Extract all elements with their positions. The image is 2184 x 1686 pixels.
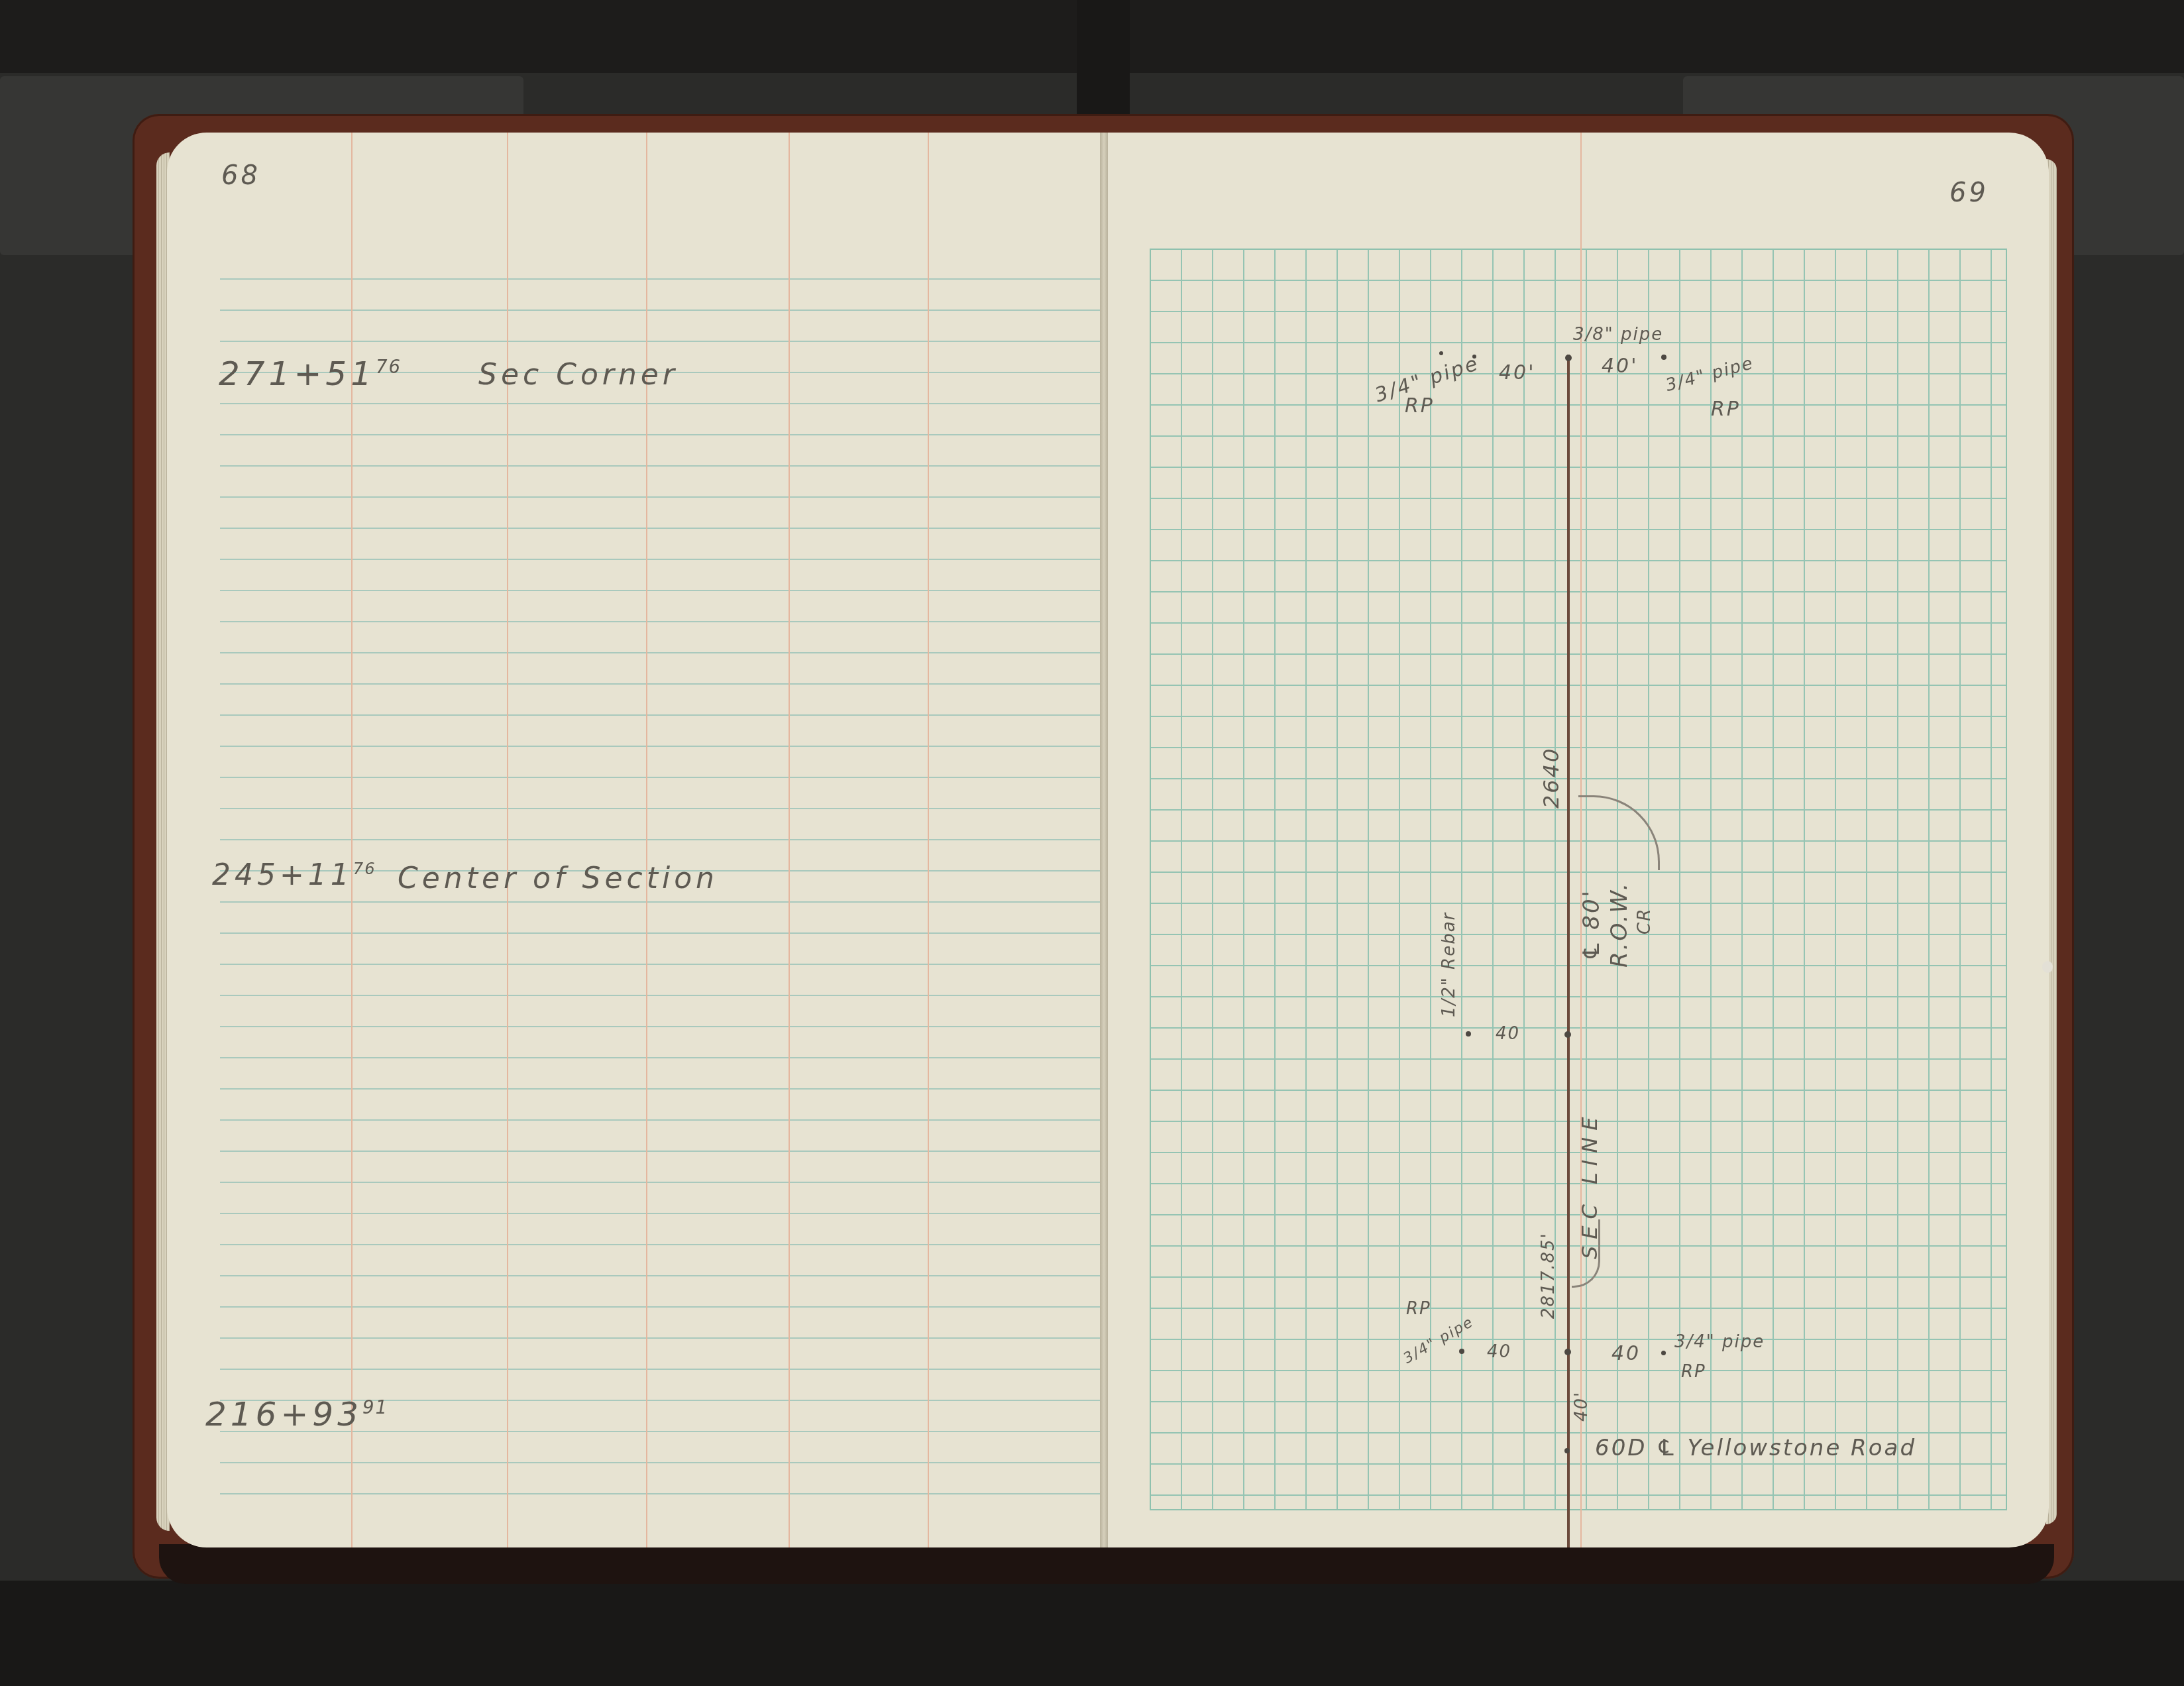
column-rule	[351, 133, 353, 1547]
monument-point	[1466, 1031, 1471, 1037]
page-number: 69	[1949, 178, 1989, 208]
station-value: 245+11	[212, 858, 353, 892]
monument-point	[1459, 1349, 1464, 1354]
station-value: 216+93	[205, 1395, 362, 1433]
section-line	[1567, 355, 1570, 1547]
monument-point	[1564, 1349, 1571, 1355]
sketch-middle-left-ref: 1/2" Rebar	[1439, 912, 1459, 1017]
sketch-middle-left-dist: 40	[1496, 1024, 1520, 1044]
entry-description: Center of Section	[398, 862, 718, 895]
page-number: 68	[221, 160, 260, 191]
entry-station: 216+9391	[205, 1395, 388, 1433]
station-value: 271+51	[219, 355, 376, 393]
sketch-bottom-left-tag: RP	[1406, 1299, 1431, 1319]
monument-point	[1661, 355, 1666, 360]
sketch-label-top-right-tag: RP	[1711, 398, 1741, 421]
right-page: 69 3/4" pipe RP 40' 3/8" pipe 40' 3/4" p…	[1108, 133, 2049, 1547]
page-marker	[2042, 961, 2053, 973]
background-bottom-band	[0, 1581, 2184, 1686]
station-fraction: 76	[376, 357, 402, 378]
monument-point	[1661, 1351, 1666, 1355]
monument-point	[1565, 355, 1572, 361]
column-rule	[789, 133, 790, 1547]
sketch-bottom-right-tag: RP	[1681, 1362, 1706, 1382]
entry-station: 271+5176	[219, 355, 402, 393]
sketch-row-label: R.O.W.	[1606, 881, 1633, 968]
column-rule	[646, 133, 647, 1547]
entry-station: 245+1176	[212, 858, 376, 892]
monument-point	[1439, 351, 1443, 355]
sketch-lower-distance: 2817.85'	[1539, 1232, 1558, 1319]
sketch-cr-label: CR	[1635, 908, 1655, 934]
column-rule	[507, 133, 508, 1547]
sketch-bottom-offset: 40'	[1572, 1391, 1592, 1422]
graph-grid	[1150, 249, 2007, 1510]
station-fraction: 91	[362, 1397, 388, 1418]
entry-description: Sec Corner	[478, 358, 679, 392]
cover-shadow	[159, 1544, 2054, 1584]
sketch-upper-distance: 2640	[1539, 747, 1564, 809]
station-fraction: 76	[353, 860, 376, 878]
column-rule	[928, 133, 929, 1547]
sketch-label-top-center-ref: 3/8" pipe	[1573, 325, 1663, 345]
background-clip-center	[1077, 0, 1130, 133]
binding-gutter	[1100, 133, 1108, 1547]
left-page: 68 271+5176 Sec Corner 245+1176 Center o…	[167, 133, 1100, 1547]
road-centerline-point	[1564, 1448, 1570, 1453]
sketch-bottom-right-dist: 40	[1611, 1342, 1641, 1365]
sketch-road-label: 60D ℄ Yellowstone Road	[1595, 1435, 1916, 1461]
sketch-label-top-right-dist: 40'	[1602, 355, 1638, 378]
sketch-label-top-left-dist: 40'	[1499, 361, 1535, 384]
sketch-bottom-left-dist: 40	[1487, 1342, 1511, 1362]
sketch-bottom-right-ref: 3/4" pipe	[1674, 1332, 1765, 1352]
sketch-label-top-left-tag: RP	[1405, 394, 1435, 418]
monument-point	[1564, 1031, 1571, 1038]
sketch-row-width: ℄ 80'	[1578, 889, 1605, 961]
